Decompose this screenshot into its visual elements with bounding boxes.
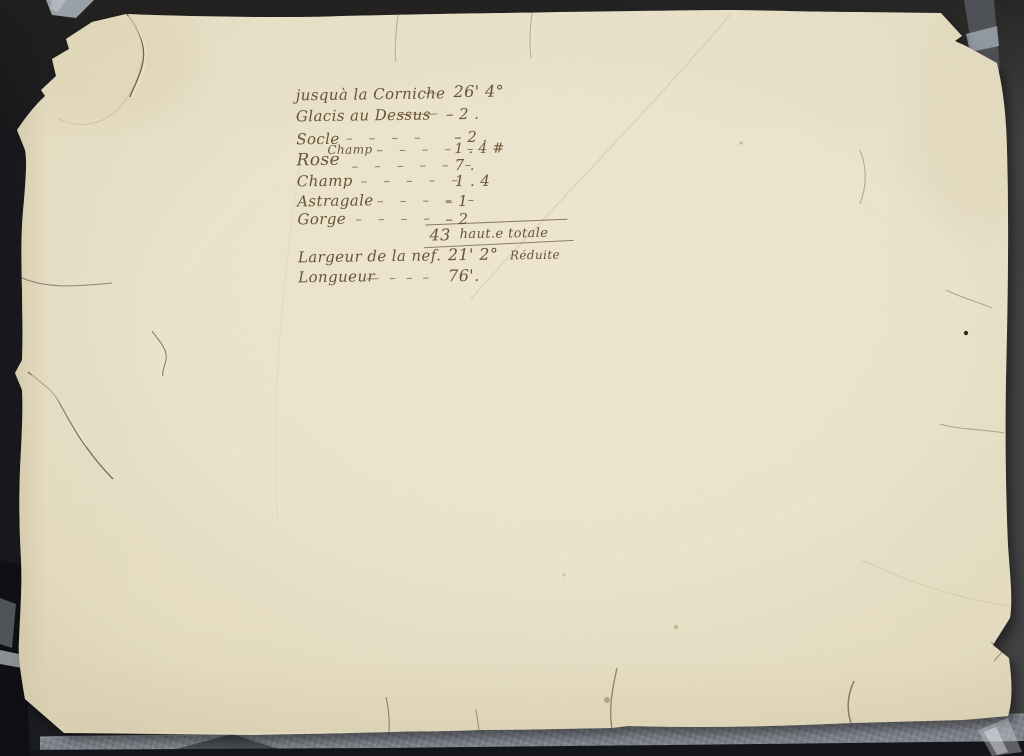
ms-line-rose: Rose – – – – – – 7 . [296,150,340,171]
ms-line-corniche: jusquà la Corniche — 26' 4° [296,84,446,104]
ms-value: 1 . 4 # [454,140,504,157]
ms-value: 26' 4° [453,81,504,101]
ms-value: 1 . 4 [455,172,491,190]
ms-dashes: – – – – [355,211,436,227]
ms-label: Astragale [297,191,374,210]
ms-value: 21' 2° [448,245,499,265]
photo-stage: jusquà la Corniche — 26' 4° Glacis au De… [0,0,1024,756]
ms-value: 76'. [448,266,480,285]
ms-value: – 2 . [446,105,480,123]
ms-dashes: — – – – [366,270,432,286]
ms-dashes: ——— [399,106,438,122]
ms-label: Longueur [298,267,375,286]
ms-label: Champ [297,172,353,191]
inventory-mark: 2007.a.936 [931,718,978,728]
ms-value: – 1 [445,192,468,210]
ms-label: Largeur de la nef. [298,246,442,266]
ms-line-astragale: Astragale – – – – – – 1 [297,191,374,210]
ms-label: Rose [296,150,340,171]
ms-dashes: – – – – – [361,173,464,189]
ms-total-value: 43 [429,225,450,244]
ms-line-champ: Champ – – – – – 1 . 4 [297,172,353,191]
ms-label: Gorge [297,210,346,229]
ms-line-gorge: Gorge – – – – – 2 [297,210,346,229]
ms-line-longueur: Longueur — – – – 76'. [298,267,375,286]
ms-note: Réduite [510,248,560,263]
manuscript-text: jusquà la Corniche — 26' 4° Glacis au De… [296,82,639,302]
ms-line-largeur: Largeur de la nef. 21' 2° Réduite [298,246,442,266]
ms-line-glacis: Glacis au Dessus ——— – 2 . [296,105,431,125]
ms-total-label: haut.e totale [459,226,548,242]
ms-dashes: — [424,85,443,100]
